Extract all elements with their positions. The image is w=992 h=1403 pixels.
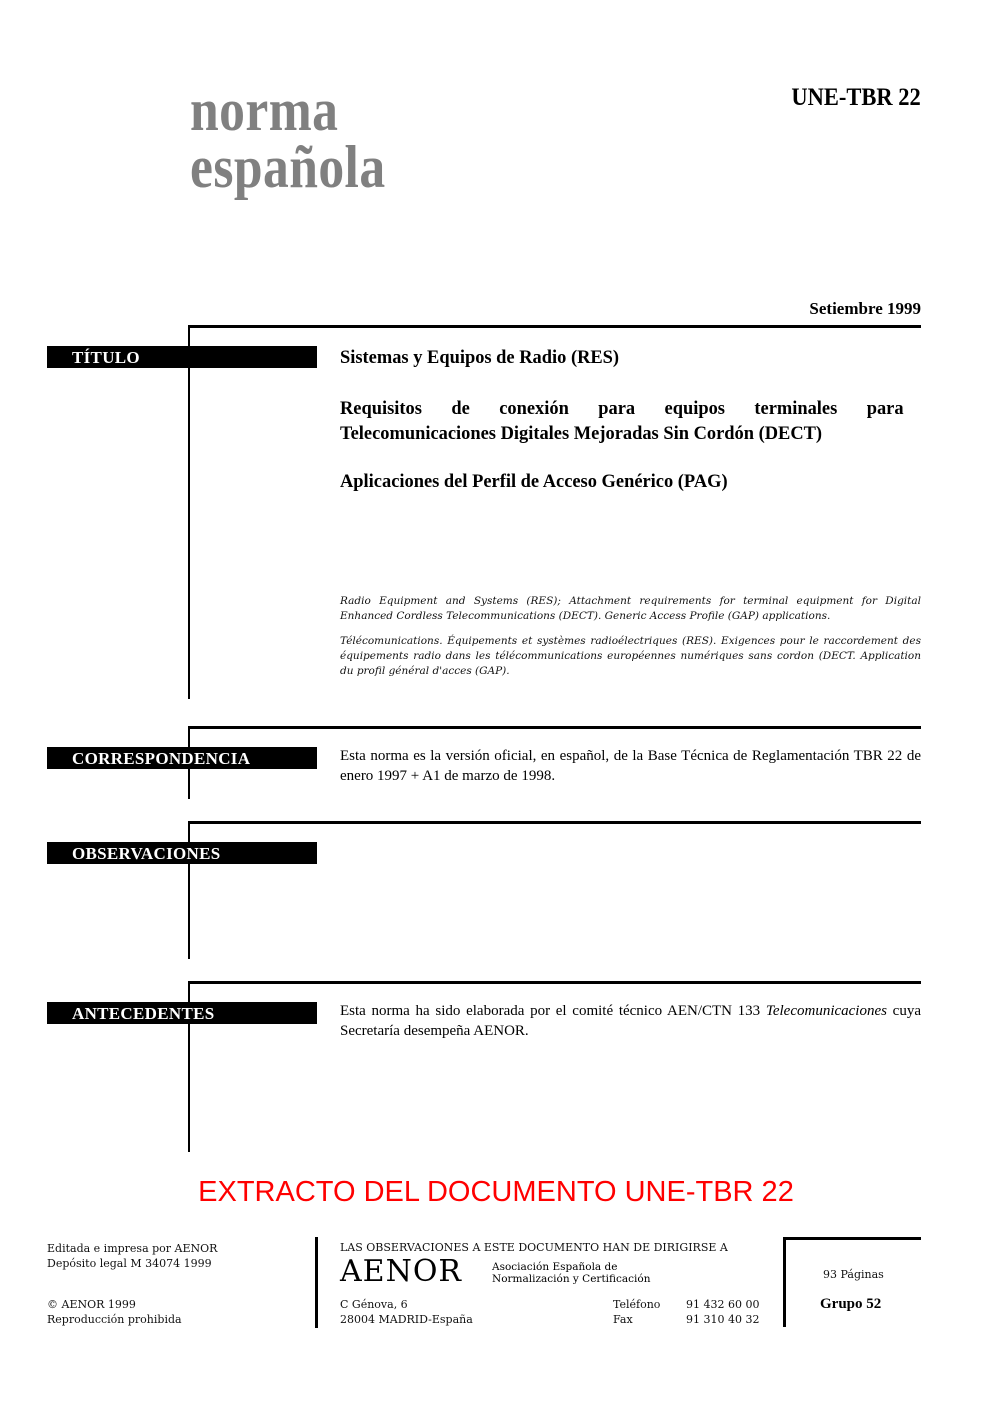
- publication-date: Setiembre 1999: [809, 299, 921, 319]
- section-rule-correspondencia: [188, 726, 921, 729]
- contact-labels: Teléfono Fax: [613, 1297, 660, 1327]
- section-label-titulo: TÍTULO: [47, 346, 317, 368]
- edited-by: Editada e impresa por AENOR: [47, 1241, 217, 1256]
- observations-notice: LAS OBSERVACIONES A ESTE DOCUMENTO HAN D…: [340, 1240, 728, 1255]
- footer-publisher: Editada e impresa por AENOR Depósito leg…: [47, 1241, 217, 1271]
- phone-value: 91 432 60 00: [686, 1297, 759, 1312]
- reproduction-notice: Reproducción prohibida: [47, 1312, 182, 1327]
- section-label-observaciones: OBSERVACIONES: [47, 842, 317, 864]
- standard-code: UNE-TBR 22: [792, 84, 921, 112]
- section-rule-observaciones: [188, 821, 921, 824]
- aenor-name-line-1: Asociación Española de: [492, 1261, 651, 1273]
- address-line-2: 28004 MADRID-España: [340, 1312, 473, 1327]
- section-label-correspondencia: CORRESPONDENCIA: [47, 747, 317, 769]
- fax-label: Fax: [613, 1312, 660, 1327]
- antecedentes-text: Esta norma ha sido elaborada por el comi…: [340, 1001, 921, 1041]
- contact-values: 91 432 60 00 91 310 40 32: [686, 1297, 759, 1327]
- phone-label: Teléfono: [613, 1297, 660, 1312]
- section-rule-antecedentes: [188, 981, 921, 984]
- section-rule-titulo: [188, 325, 921, 328]
- page-count: 93 Páginas: [823, 1267, 884, 1282]
- title-line-2: Requisitos de conexión para equipos term…: [340, 396, 904, 446]
- title-french: Télécomunications. Équipements et systèm…: [340, 634, 921, 679]
- section-label-antecedentes: ANTECEDENTES: [47, 1002, 317, 1024]
- title-line-1: Sistemas y Equipos de Radio (RES): [340, 345, 904, 370]
- copyright: © AENOR 1999: [47, 1297, 182, 1312]
- extract-watermark: EXTRACTO DEL DOCUMENTO UNE-TBR 22: [0, 1176, 992, 1209]
- antecedentes-text-pre: Esta norma ha sido elaborada por el comi…: [340, 1003, 766, 1019]
- titulo-translations: Radio Equipment and Systems (RES); Attac…: [340, 594, 921, 679]
- title-line-3: Aplicaciones del Perfil de Acceso Genéri…: [340, 469, 904, 494]
- aenor-logo: AENOR: [340, 1254, 462, 1289]
- correspondencia-text: Esta norma es la versión oficial, en esp…: [340, 746, 921, 786]
- aenor-name-line-2: Normalización y Certificación: [492, 1273, 651, 1285]
- aenor-full-name: Asociación Española de Normalización y C…: [492, 1261, 651, 1285]
- section-vline-titulo: [188, 325, 190, 699]
- footer-copyright: © AENOR 1999 Reproducción prohibida: [47, 1297, 182, 1327]
- title-english: Radio Equipment and Systems (RES); Attac…: [340, 594, 921, 624]
- brand-line-1: norma: [190, 82, 386, 139]
- info-box-top-rule: [783, 1237, 921, 1240]
- price-group: Grupo 52: [820, 1296, 881, 1313]
- titulo-content: Sistemas y Equipos de Radio (RES) Requis…: [340, 345, 921, 494]
- brand-line-2: española: [190, 139, 386, 196]
- info-box-left-rule: [783, 1237, 786, 1327]
- footer-divider: [315, 1237, 318, 1328]
- address-line-1: C Génova, 6: [340, 1297, 473, 1312]
- legal-deposit: Depósito legal M 34074 1999: [47, 1256, 217, 1271]
- antecedentes-committee: Telecomunicaciones: [766, 1003, 887, 1019]
- aenor-address: C Génova, 6 28004 MADRID-España: [340, 1297, 473, 1327]
- brand-title: norma española: [190, 82, 386, 196]
- fax-value: 91 310 40 32: [686, 1312, 759, 1327]
